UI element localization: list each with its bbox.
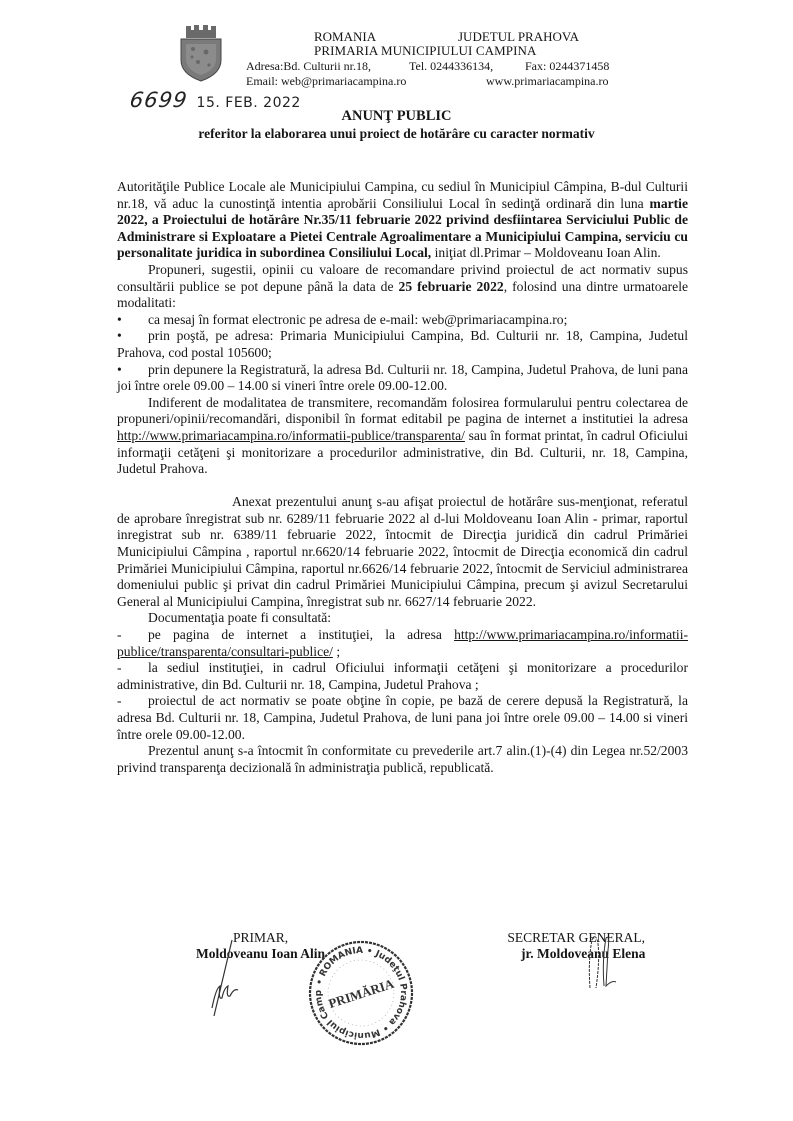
signature-secretary-icon xyxy=(582,930,622,990)
header-country: ROMANIA xyxy=(314,29,376,44)
list-item: -proiectul de act normativ se poate obţi… xyxy=(117,693,688,743)
list-item: •prin poştă, pe adresa: Primaria Municip… xyxy=(117,328,688,361)
bullet-icon: • xyxy=(117,328,148,345)
bullet-icon: • xyxy=(117,312,148,329)
signature-mayor-icon xyxy=(196,938,256,1018)
paragraph-intro: Autorităţile Publice Locale ale Municipi… xyxy=(117,179,688,262)
signature-block-secretary: SECRETAR GENERAL, jr. Moldoveanu Elena xyxy=(507,930,645,962)
header-website[interactable]: www.primariacampina.ro xyxy=(486,74,609,89)
header-email[interactable]: Email: web@primariacampina.ro xyxy=(246,74,406,89)
paragraph-annex: Anexat prezentului anunţ s-au afişat pro… xyxy=(117,494,688,610)
list-item: -la sediul instituţiei, in cadrul Oficiu… xyxy=(117,660,688,693)
header-fax: Fax: 0244371458 xyxy=(525,59,609,74)
page-subtitle: referitor la elaborarea unui proiect de … xyxy=(0,126,793,142)
paragraph-form: Indiferent de modalitatea de transmitere… xyxy=(117,395,688,478)
list-item: • ca mesaj în format electronic pe adres… xyxy=(117,312,688,329)
dash-icon: - xyxy=(117,693,148,710)
paragraph-legal-basis: Prezentul anunţ s-a întocmit în conformi… xyxy=(117,743,688,776)
list-item: •prin depunere la Registratură, la adres… xyxy=(117,362,688,395)
paragraph-proposals: Propuneri, sugestii, opinii cu valoare d… xyxy=(117,262,688,312)
paragraph-documentation: Documentaţia poate fi consultată: xyxy=(117,610,688,627)
signature-role: SECRETAR GENERAL, xyxy=(507,930,645,946)
transparency-link[interactable]: http://www.primariacampina.ro/informatii… xyxy=(117,428,465,443)
header-county: JUDETUL PRAHOVA xyxy=(458,29,579,44)
page-title: ANUNŢ PUBLIC xyxy=(0,108,793,125)
list-item: -pe pagina de internet a instituţiei, la… xyxy=(117,627,688,660)
official-stamp: • ROMANIA • Judeţul Prahova • Municipiul… xyxy=(308,940,414,1046)
header-institution: PRIMARIA MUNICIPIULUI CAMPINA xyxy=(314,43,536,58)
signature-name: jr. Moldoveanu Elena xyxy=(507,946,645,962)
document-body: Autorităţile Publice Locale ale Municipi… xyxy=(117,179,688,776)
header-phone: Tel. 0244336134, xyxy=(409,59,493,74)
bullet-icon: • xyxy=(117,362,148,379)
header-address: Adresa:Bd. Culturii nr.18, xyxy=(246,59,371,74)
coat-of-arms-icon xyxy=(178,24,224,82)
dash-icon: - xyxy=(117,660,148,677)
dash-icon: - xyxy=(117,627,148,644)
svg-text:PRIMĂRIA: PRIMĂRIA xyxy=(327,976,397,1011)
